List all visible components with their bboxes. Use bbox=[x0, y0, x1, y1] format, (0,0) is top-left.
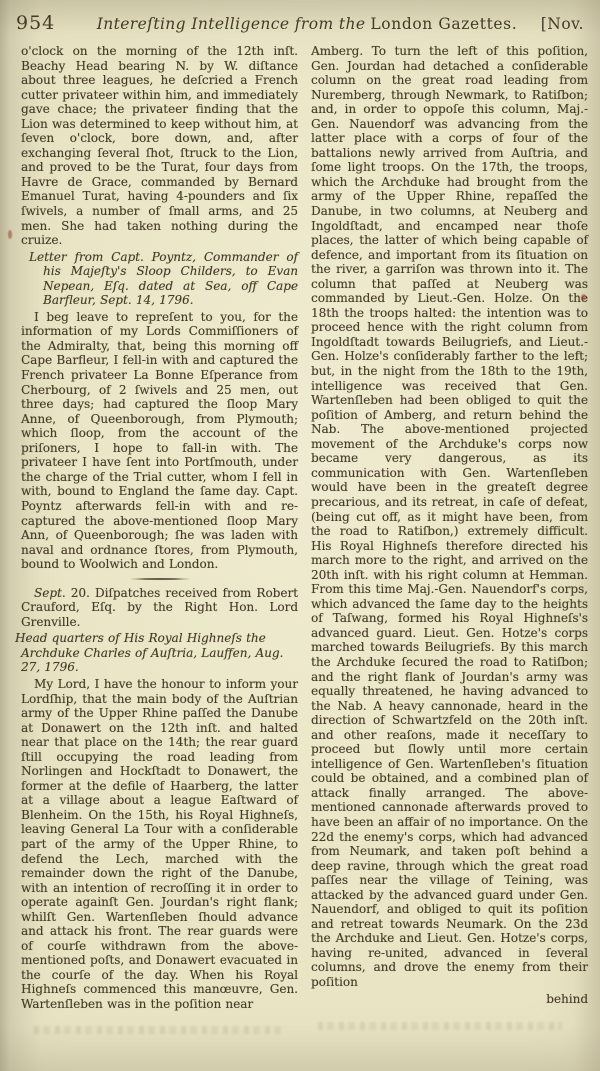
ink-speck-right bbox=[581, 294, 586, 301]
right-column: Amberg. To turn the left of this poſitio… bbox=[311, 44, 588, 1014]
paragraph-continuation-right: Amberg. To turn the left of this poſitio… bbox=[311, 44, 588, 990]
page-title-italic: Intereſting Intelligence from the bbox=[97, 15, 366, 33]
catchword: behind bbox=[311, 992, 588, 1007]
letter-body-2: My Lord, I have the honour to inform you… bbox=[21, 677, 298, 1012]
headquarters-heading: Head quarters of His Royal Highneſs the … bbox=[21, 631, 298, 675]
scanned-page: 954 Intereſting Intelligence from the Lo… bbox=[0, 0, 600, 1071]
month-marker: [Nov. bbox=[541, 15, 584, 33]
running-header: 954 Intereſting Intelligence from the Lo… bbox=[0, 0, 600, 38]
left-column: o'clock on the morning of the 12th inſt.… bbox=[21, 44, 298, 1014]
verso-bleedthrough-left bbox=[34, 1026, 282, 1034]
section-divider-rule bbox=[131, 578, 189, 580]
verso-bleedthrough-right bbox=[318, 1022, 562, 1030]
page-title: Intereſting Intelligence from the London… bbox=[85, 15, 528, 33]
letter-heading: Letter from Capt. Poyntz, Commander of h… bbox=[21, 250, 298, 308]
dispatch-line: Sept. 20. Diſpatches received from Rober… bbox=[21, 586, 298, 630]
page-number: 954 bbox=[16, 12, 55, 34]
text-columns: o'clock on the morning of the 12th inſt.… bbox=[0, 38, 600, 1014]
ink-speck-left bbox=[8, 230, 12, 239]
paragraph-continuation: o'clock on the morning of the 12th inſt.… bbox=[21, 44, 298, 248]
dispatch-date: Sept. bbox=[34, 586, 66, 600]
page-title-roman: London Gazettes. bbox=[370, 15, 517, 33]
letter-body: I beg leave to repreſent to you, for the… bbox=[21, 310, 298, 572]
